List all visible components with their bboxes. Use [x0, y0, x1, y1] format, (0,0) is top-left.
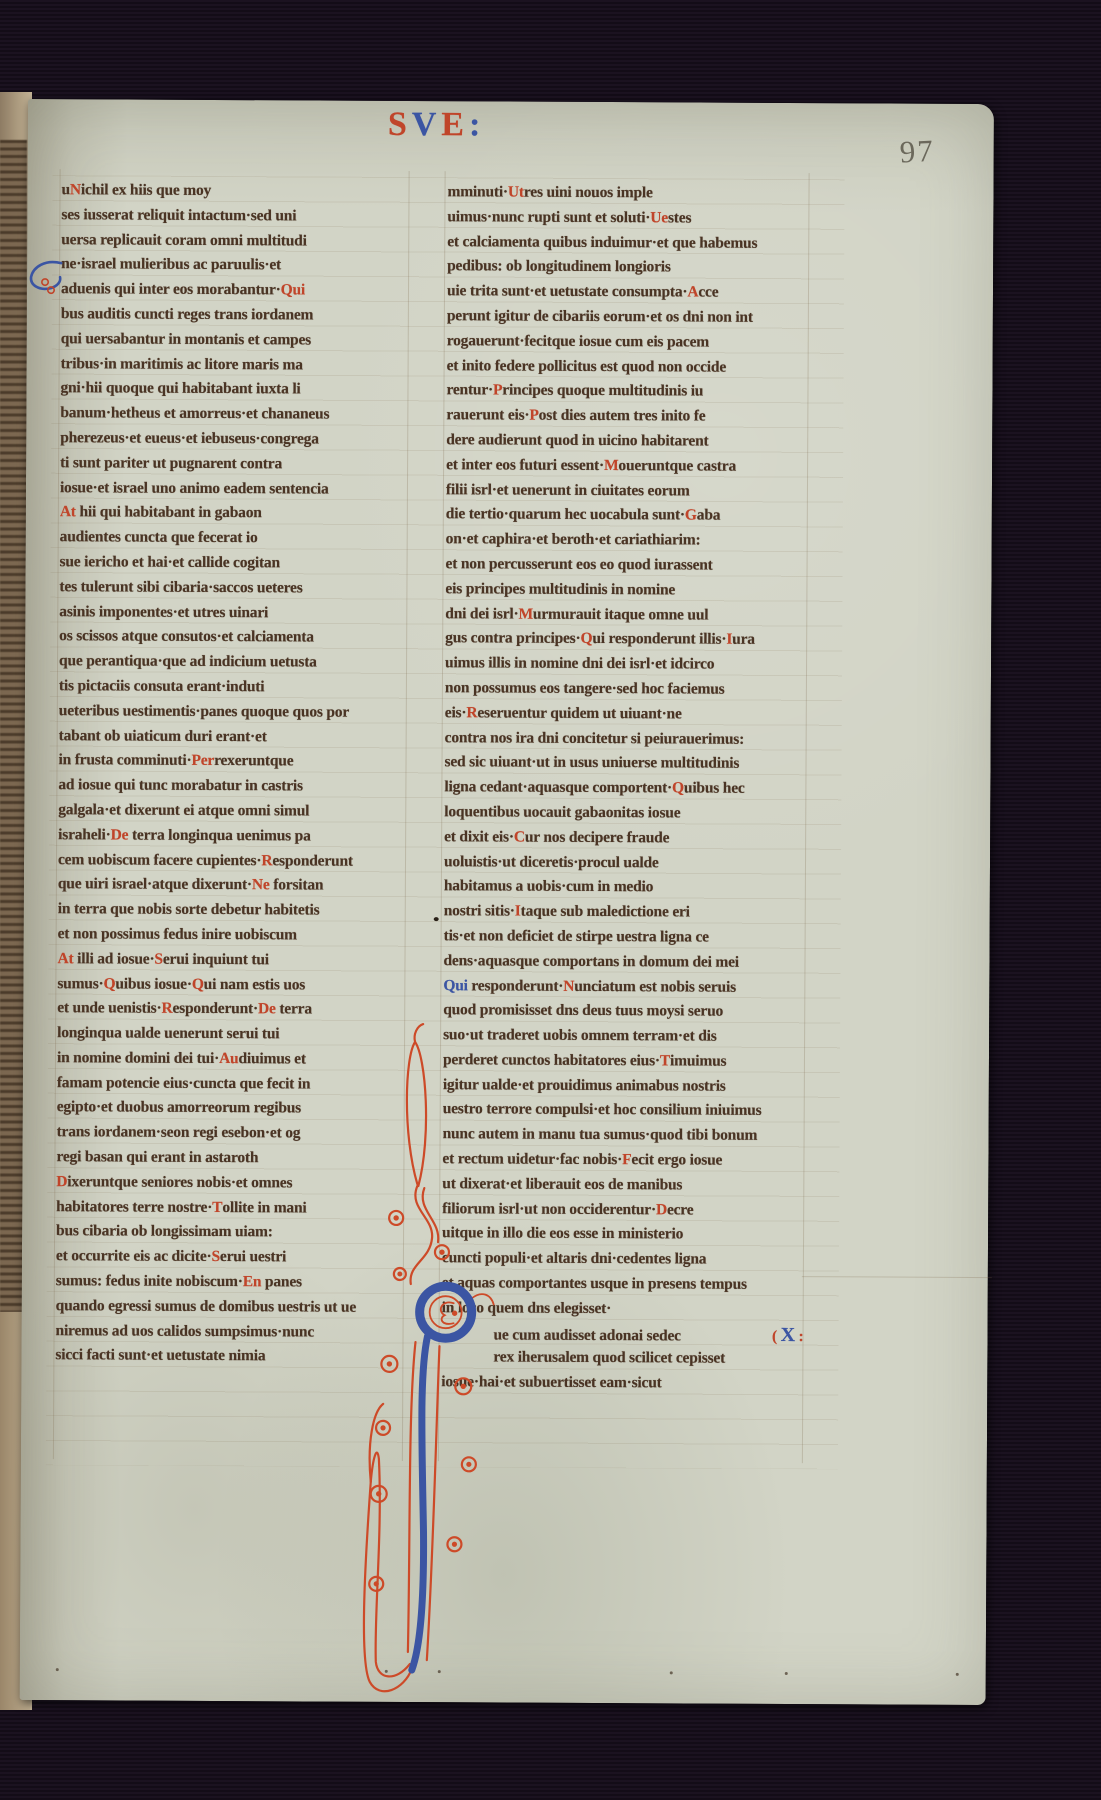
pricking-dot [785, 1672, 788, 1675]
text-line: perunt igitur de cibariis eorum·et os dn… [447, 304, 809, 331]
text-line: et non possimus fedus inire uobiscum [58, 922, 408, 949]
text-line: uimus illis in nomine dni dei isrl·et id… [445, 651, 807, 678]
text-line: galgala·et dixerunt ei atque omni simul [58, 798, 408, 825]
text-line: asinis imponentes·et utres uinari [59, 600, 409, 627]
text-line: et inter eos futuri essent·Moueruntque c… [446, 453, 808, 480]
text-line: uNichil ex hiis que moy [61, 178, 411, 205]
pricking-dot [670, 1671, 673, 1674]
text-line: non possumus eos tangere·sed hoc faciemu… [445, 676, 807, 703]
pricking-dot [438, 1670, 441, 1673]
running-title: SVE: [388, 103, 558, 148]
text-line: dere audierunt quod in uicino habitarent [446, 428, 808, 455]
text-line: et inito federe pollicitus est quod non … [447, 354, 809, 381]
text-line: israheli·De terra longinqua uenimus pa [58, 823, 408, 850]
text-line: tis·et non deficiet de stirpe uestra lig… [444, 924, 806, 951]
marginal-flourish [25, 257, 65, 305]
text-line: uimus·nunc rupti sunt et soluti·Uestes [447, 205, 809, 232]
text-line: ueteribus uestimentis·panes quoque quos … [59, 699, 409, 726]
text-line: rauerunt eis·Post dies autem tres inito … [446, 403, 808, 430]
text-line: ligna cedant·aquasque comportent·Quibus … [444, 775, 806, 802]
pricking-dot [956, 1673, 959, 1676]
text-line: aduenis qui inter eos morabantur·Qui [61, 277, 411, 304]
text-line: habitamus a uobis·cum in medio [444, 875, 806, 902]
text-line: nostri sitis·Itaque sub maledictione eri [444, 899, 806, 926]
text-line: uie trita sunt·et uetustate consumpta·Ac… [447, 279, 809, 306]
text-line: pherezeus·et eueus·et iebuseus·congrega [60, 426, 410, 453]
text-line: que uiri israel·atque dixerunt·Ne forsit… [58, 872, 408, 899]
initial-q-blue [412, 1286, 472, 1670]
text-line: os scissos atque consutos·et calciamenta [59, 625, 409, 652]
text-line: ses iusserat reliquit intactum·sed uni [61, 203, 411, 230]
text-line: que perantiqua·que ad indicium uetusta [59, 649, 409, 676]
text-line: rentur·Principes quoque multitudinis iu [446, 379, 808, 406]
text-line: et dixit eis·Cur nos decipere fraude [444, 825, 806, 852]
manuscript-page: SVE: 97 uNichil ex hiis que moyses iusse… [20, 99, 994, 1705]
text-line: Qui responderunt·Nunciatum est nobis ser… [443, 974, 805, 1001]
ink-speck [434, 917, 439, 921]
text-line: gus contra principes·Qui responderunt il… [445, 627, 807, 654]
text-line: sue iericho et hai·et callide cogitan [60, 550, 410, 577]
text-line: uoluistis·ut diceretis·procul ualde [444, 850, 806, 877]
text-line: iosue·et israel uno animo eadem sentenci… [60, 476, 410, 503]
text-line: SVE: [388, 103, 558, 148]
text-line: filii isrl·et uenerunt in ciuitates eoru… [446, 478, 808, 505]
text-line: pedibus: ob longitudinem longioris [447, 255, 809, 282]
text-line: At illi ad iosue·Serui inquiunt tui [57, 947, 407, 974]
text-line: sed sic uiuant·ut in usus uniuerse multi… [444, 751, 806, 778]
text-line: ne·israel mulieribus ac paruulis·et [61, 253, 411, 280]
text-line: uersa replicauit coram omni multitudi [61, 228, 411, 255]
text-line: in terra que nobis sorte debetur habitet… [58, 897, 408, 924]
text-line: et calciamenta quibus induimur·et que ha… [447, 230, 809, 257]
extended-ruling-line [802, 1276, 992, 1278]
text-line: sumus·Quibus iosue·Qui nam estis uos [57, 972, 407, 999]
text-line: tes tulerunt sibi cibaria·saccos ueteres [59, 575, 409, 602]
text-line: ti sunt pariter ut pugnarent contra [60, 451, 410, 478]
text-line: tabant ob uiaticum duri erant·et [59, 724, 409, 751]
pricking-dot [56, 1668, 59, 1671]
folio-number: 97 [899, 133, 936, 171]
text-line: audientes cuncta que fecerat io [60, 525, 410, 552]
text-line: mminuti·Utres uini nouos imple [447, 180, 809, 207]
text-line: qui uersabantur in montanis et campes [61, 327, 411, 354]
text-line: cem uobiscum facere cupientes·Responderu… [58, 848, 408, 875]
text-line: die tertio·quarum hec uocabula sunt·Gaba [446, 503, 808, 530]
text-line: banum·hetheus et amorreus·et chananeus [60, 401, 410, 428]
text-line: loquentibus uocauit gabaonitas iosue [444, 800, 806, 827]
pricking-dot [385, 1670, 388, 1673]
text-line: At hii qui habitabant in gabaon [60, 501, 410, 528]
text-line: rogauerunt·fecitque iosue cum eis pacem [447, 329, 809, 356]
text-line: dni dei isrl·Murmurauit itaque omne uul [445, 602, 807, 629]
text-line: tis pictaciis consuta erant·induti [59, 674, 409, 701]
text-line: eis principes multitudinis in nomine [445, 577, 807, 604]
text-line: in frusta comminuti·Perrexeruntque [58, 748, 408, 775]
text-line: tribus·in maritimis ac litore maris ma [61, 352, 411, 379]
text-line: et non percusserunt eos eo quod iurassen… [446, 552, 808, 579]
pen-flourish-initial-q [311, 1012, 505, 1733]
text-line: contra nos ira dni concitetur si peiurau… [445, 726, 807, 753]
manuscript-photo: SVE: 97 uNichil ex hiis que moyses iusse… [0, 0, 1101, 1800]
text-line: ad iosue qui tunc morabatur in castris [58, 773, 408, 800]
text-line: dens·aquasque comportans in domum dei me… [443, 949, 805, 976]
text-line: on·et caphira·et beroth·et cariathiarim: [446, 527, 808, 554]
text-line: gni·hii quoque qui habitabant iuxta li [60, 377, 410, 404]
text-line: bus auditis cuncti reges trans iordanem [61, 302, 411, 329]
text-line: eis·Reseruentur quidem ut uiuant·ne [445, 701, 807, 728]
red-penwork [364, 1024, 496, 1692]
